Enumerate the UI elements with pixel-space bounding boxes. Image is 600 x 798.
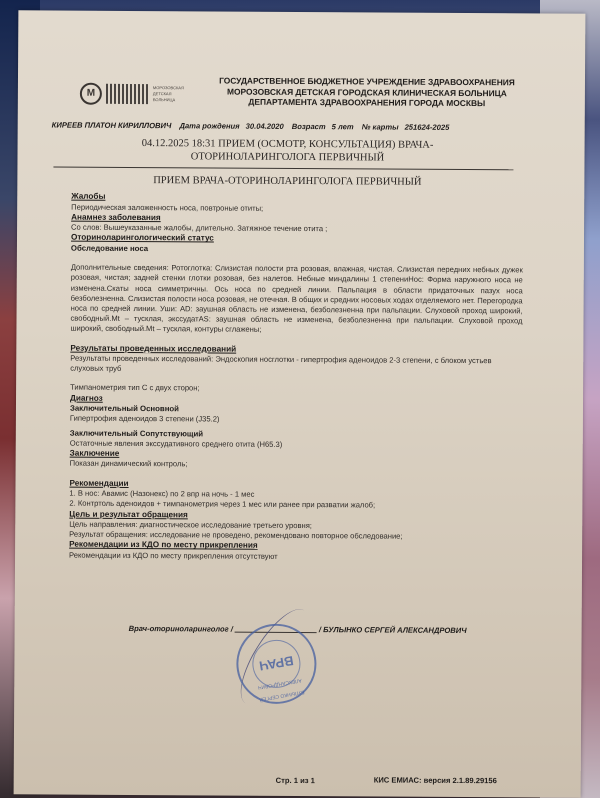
kdo-text: Рекомендации из КДО по месту прикреплени… xyxy=(69,551,521,564)
doctor-stamp: БУЛЫНКО СЕРГЕЙ АЛЕКСАНДРОВИЧ ВРАЧ xyxy=(230,618,322,710)
doctor-role: Врач-оториноларинголог / xyxy=(129,624,233,634)
card-label: № карты xyxy=(362,122,399,131)
age-value: 5 лет xyxy=(332,122,354,131)
system-version: КИС ЕМИАС: версия 2.1.89.29156 xyxy=(374,775,497,785)
visit-subtitle: ПРИЕМ ВРАЧА-ОТОРИНОЛАРИНГОЛОГА ПЕРВИЧНЫЙ xyxy=(57,175,517,189)
page-number: Стр. 1 из 1 xyxy=(276,776,315,785)
patient-name: КИРЕЕВ ПЛАТОН КИРИЛЛОВИЧ xyxy=(52,120,172,130)
results-text: Результаты проведенных исследований: Энд… xyxy=(70,354,522,377)
organization-name: ГОСУДАРСТВЕННОЕ БЮДЖЕТНОЕ УЧРЕЖДЕНИЕ ЗДР… xyxy=(192,75,542,109)
document-body: Жалобы Периодическая заложенность носа, … xyxy=(69,192,523,564)
divider xyxy=(53,166,513,170)
document-page: М МОРОЗОВСКАЯ ДЕТСКАЯ БОЛЬНИЦА ГОСУДАРСТ… xyxy=(14,10,586,797)
ent-status-text: Дополнительные сведения: Ротоглотка: Сли… xyxy=(70,263,522,337)
dob-value: 30.04.2020 xyxy=(246,122,284,131)
dob-label: Дата рождения xyxy=(179,121,239,130)
card-value: 251624-2025 xyxy=(405,123,450,132)
logo-text: МОРОЗОВСКАЯ ДЕТСКАЯ БОЛЬНИЦА xyxy=(153,85,189,103)
document-header: М МОРОЗОВСКАЯ ДЕТСКАЯ БОЛЬНИЦА ГОСУДАРСТ… xyxy=(80,75,540,118)
doctor-name: / БУЛЫНКО СЕРГЕЙ АЛЕКСАНДРОВИЧ xyxy=(319,625,467,635)
patient-info: КИРЕЕВ ПЛАТОН КИРИЛЛОВИЧ Дата рождения30… xyxy=(52,120,456,131)
visit-title: 04.12.2025 18:31 ПРИЕМ (ОСМОТР, КОНСУЛЬТ… xyxy=(57,137,517,166)
age-label: Возраст xyxy=(292,122,326,131)
hospital-logo: М МОРОЗОВСКАЯ ДЕТСКАЯ БОЛЬНИЦА xyxy=(80,83,188,110)
building-logo-icon xyxy=(106,84,150,104)
heart-logo-icon: М xyxy=(80,83,102,105)
